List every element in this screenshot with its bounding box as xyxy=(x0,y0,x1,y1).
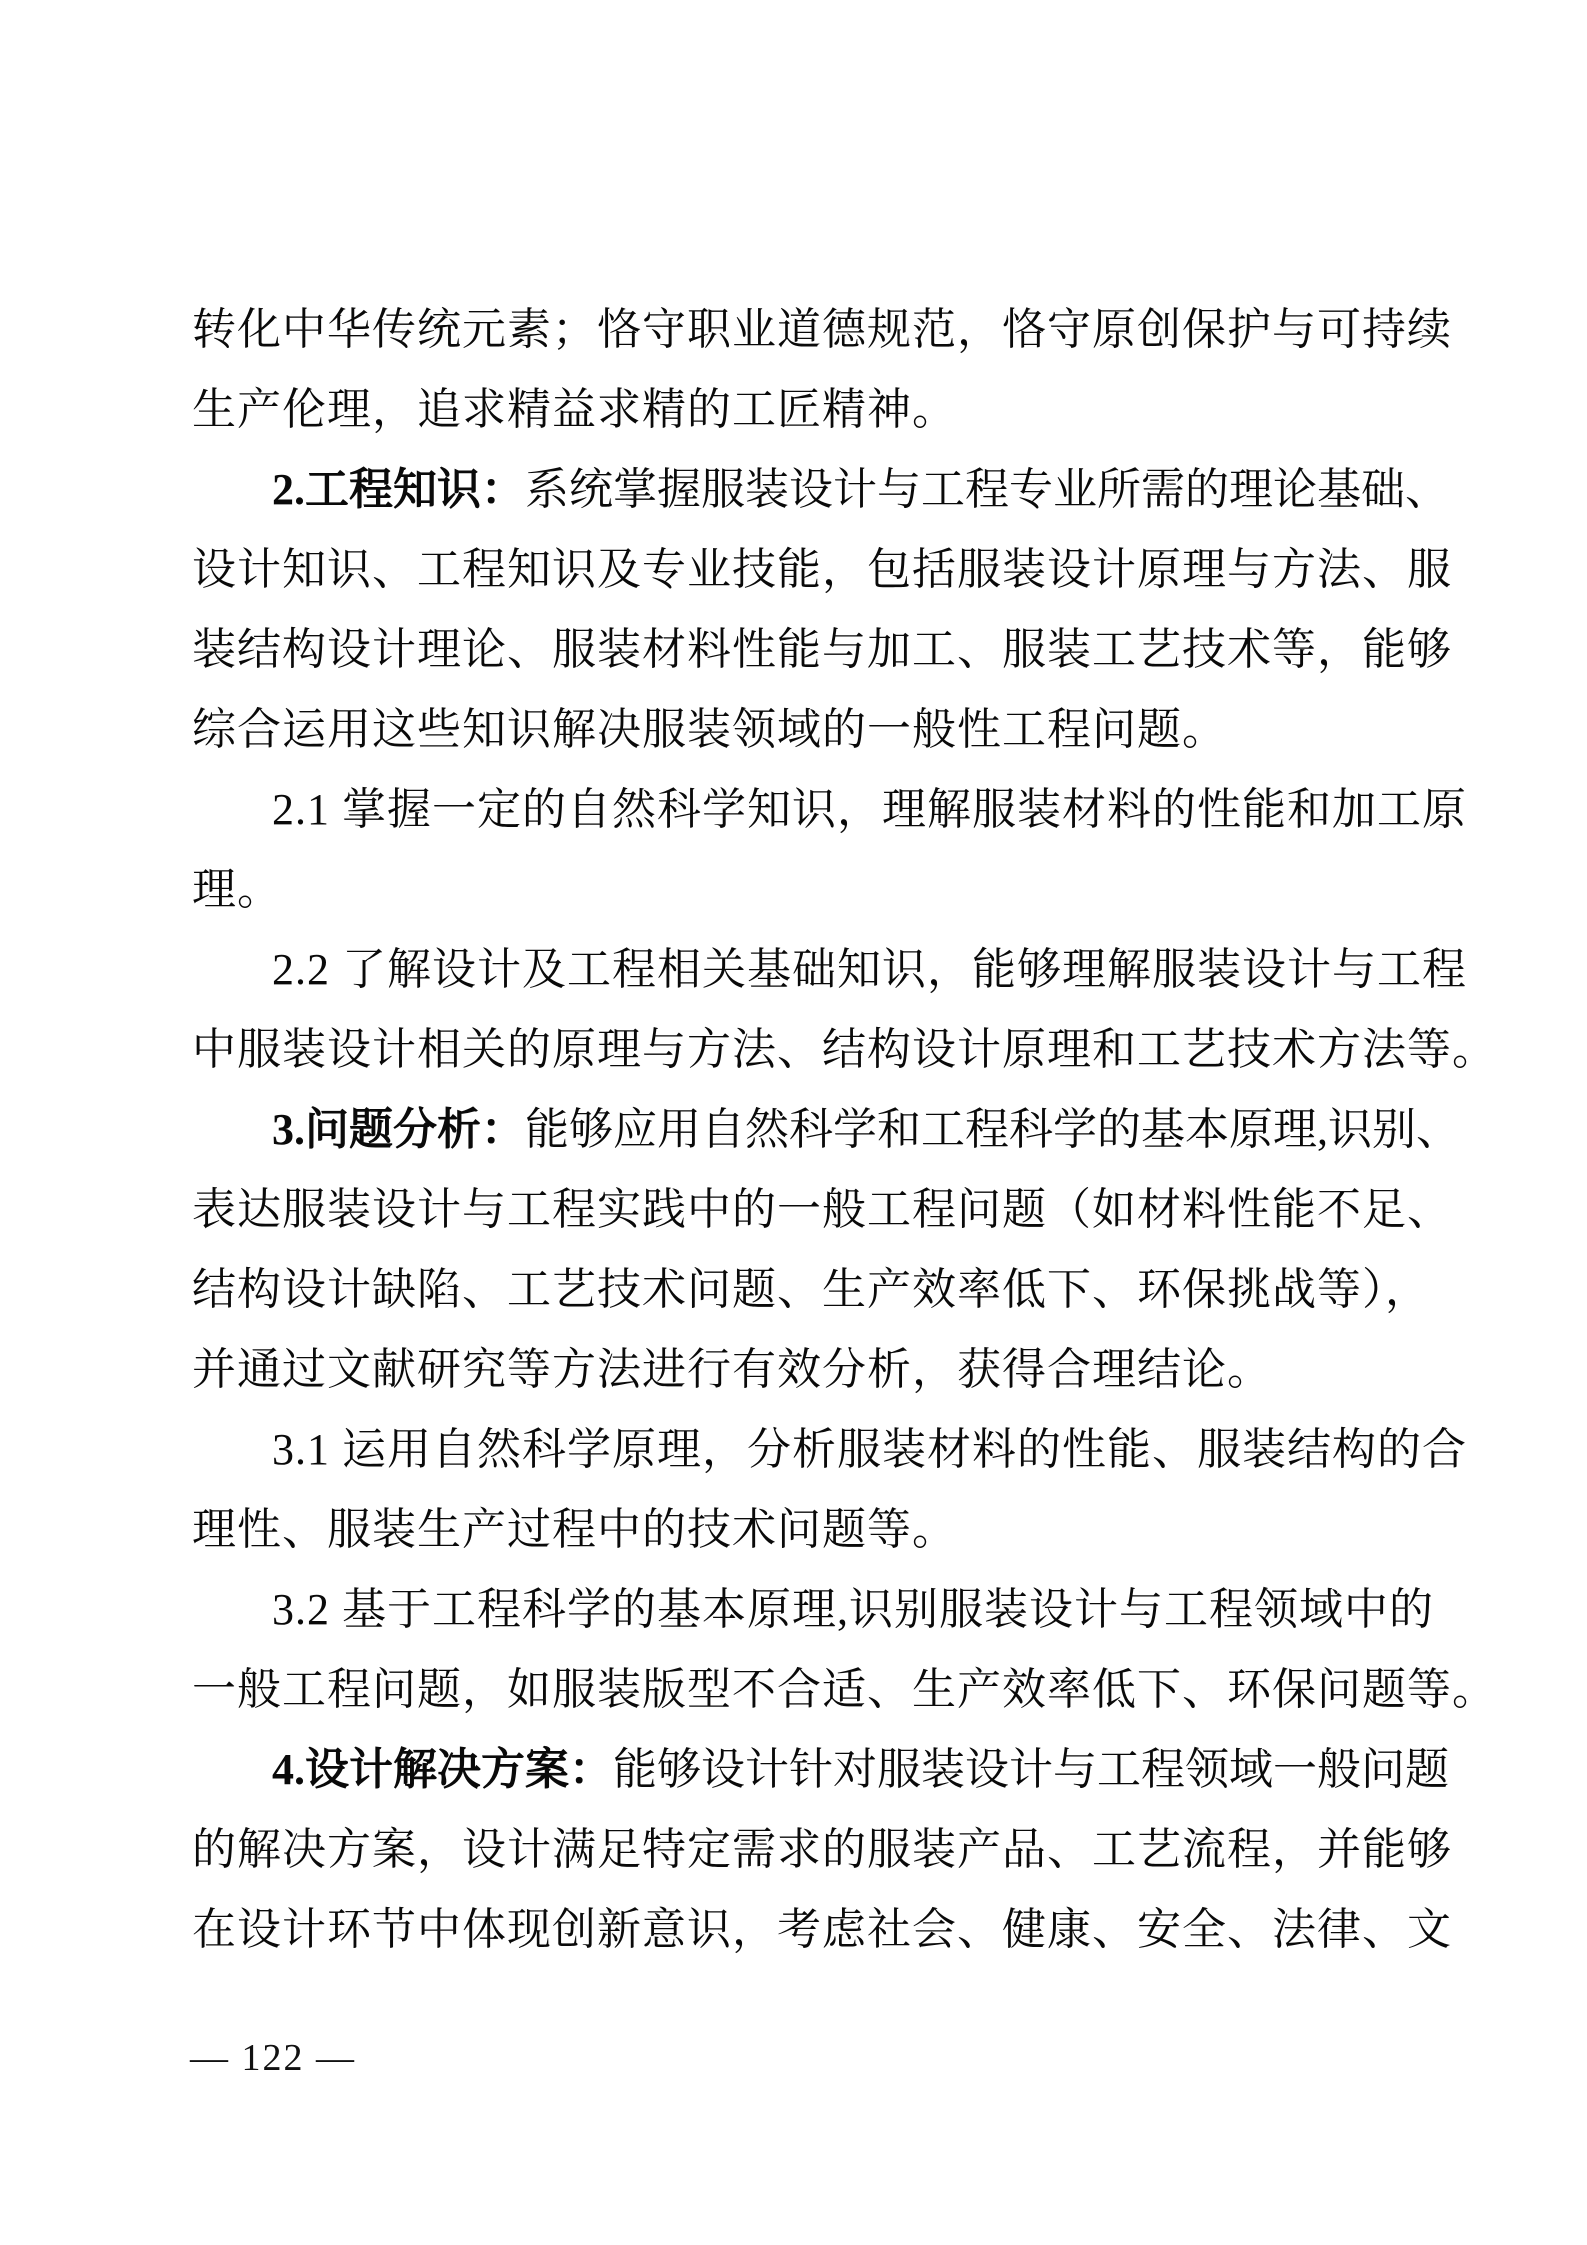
text-line: 2.2 了解设计及工程相关基础知识，能够理解服装设计与工程 xyxy=(192,930,1482,1010)
line-text: 能够设计针对服装设计与工程领域一般问题 xyxy=(613,1745,1449,1794)
line-text: 装结构设计理论、服装材料性能与加工、服装工艺技术等，能够 xyxy=(192,625,1452,674)
text-line: 理性、服装生产过程中的技术问题等。 xyxy=(192,1490,1482,1570)
line-text: 设计知识、工程知识及专业技能，包括服装设计原理与方法、服 xyxy=(192,545,1452,594)
line-text: 表达服装设计与工程实践中的一般工程问题（如材料性能不足、 xyxy=(192,1185,1452,1234)
text-line: 2.1 掌握一定的自然科学知识，理解服装材料的性能和加工原 xyxy=(192,770,1482,850)
line-text: 并通过文献研究等方法进行有效分析，获得合理结论。 xyxy=(192,1345,1272,1394)
line-text: 生产伦理，追求精益求精的工匠精神。 xyxy=(192,385,957,434)
text-line: 理。 xyxy=(192,850,1482,930)
line-text: 综合运用这些知识解决服装领域的一般性工程问题。 xyxy=(192,705,1227,754)
text-line: 的解决方案，设计满足特定需求的服装产品、工艺流程，并能够 xyxy=(192,1810,1482,1890)
text-line: 3.1 运用自然科学原理，分析服装材料的性能、服装结构的合 xyxy=(192,1410,1482,1490)
text-line: 2.工程知识：系统掌握服装设计与工程专业所需的理论基础、 xyxy=(192,450,1482,530)
line-text: 结构设计缺陷、工艺技术问题、生产效率低下、环保挑战等）， xyxy=(192,1265,1430,1314)
text-line: 转化中华传统元素；恪守职业道德规范，恪守原创保护与可持续 xyxy=(192,290,1482,370)
line-text: 2.1 掌握一定的自然科学知识，理解服装材料的性能和加工原 xyxy=(272,785,1467,834)
line-text: 系统掌握服装设计与工程专业所需的理论基础、 xyxy=(525,465,1449,514)
line-text: 的解决方案，设计满足特定需求的服装产品、工艺流程，并能够 xyxy=(192,1825,1452,1874)
text-line: 结构设计缺陷、工艺技术问题、生产效率低下、环保挑战等）， xyxy=(192,1250,1482,1330)
section-heading: 2.工程知识： xyxy=(272,465,525,514)
text-line: 并通过文献研究等方法进行有效分析，获得合理结论。 xyxy=(192,1330,1482,1410)
text-line: 设计知识、工程知识及专业技能，包括服装设计原理与方法、服 xyxy=(192,530,1482,610)
text-line: 4.设计解决方案：能够设计针对服装设计与工程领域一般问题 xyxy=(192,1730,1482,1810)
line-text: 在设计环节中体现创新意识，考虑社会、健康、安全、法律、文 xyxy=(192,1905,1452,1954)
text-line: 中服装设计相关的原理与方法、结构设计原理和工艺技术方法等。 xyxy=(192,1010,1482,1090)
line-text: 中服装设计相关的原理与方法、结构设计原理和工艺技术方法等。 xyxy=(192,1025,1497,1074)
line-text: 理。 xyxy=(192,865,282,914)
text-line: 装结构设计理论、服装材料性能与加工、服装工艺技术等，能够 xyxy=(192,610,1482,690)
line-text: 3.1 运用自然科学原理，分析服装材料的性能、服装结构的合 xyxy=(272,1425,1467,1474)
section-heading: 4.设计解决方案： xyxy=(272,1745,613,1794)
text-line: 3.2 基于工程科学的基本原理,识别服装设计与工程领域中的 xyxy=(192,1570,1482,1650)
page-number: — 122 — xyxy=(190,2036,356,2080)
text-line: 在设计环节中体现创新意识，考虑社会、健康、安全、法律、文 xyxy=(192,1890,1482,1970)
text-line: 表达服装设计与工程实践中的一般工程问题（如材料性能不足、 xyxy=(192,1170,1482,1250)
text-line: 3.问题分析：能够应用自然科学和工程科学的基本原理,识别、 xyxy=(192,1090,1482,1170)
line-text: 2.2 了解设计及工程相关基础知识，能够理解服装设计与工程 xyxy=(272,945,1467,994)
line-text: 3.2 基于工程科学的基本原理,识别服装设计与工程领域中的 xyxy=(272,1585,1434,1634)
section-heading: 3.问题分析： xyxy=(272,1105,525,1154)
line-text: 转化中华传统元素；恪守职业道德规范，恪守原创保护与可持续 xyxy=(192,305,1452,354)
line-text: 能够应用自然科学和工程科学的基本原理,识别、 xyxy=(525,1105,1460,1154)
text-line: 综合运用这些知识解决服装领域的一般性工程问题。 xyxy=(192,690,1482,770)
line-text: 一般工程问题，如服装版型不合适、生产效率低下、环保问题等。 xyxy=(192,1665,1497,1714)
line-text: 理性、服装生产过程中的技术问题等。 xyxy=(192,1505,957,1554)
text-line: 一般工程问题，如服装版型不合适、生产效率低下、环保问题等。 xyxy=(192,1650,1482,1730)
text-block: 转化中华传统元素；恪守职业道德规范，恪守原创保护与可持续 生产伦理，追求精益求精… xyxy=(192,290,1482,1970)
document-page: 转化中华传统元素；恪守职业道德规范，恪守原创保护与可持续 生产伦理，追求精益求精… xyxy=(0,0,1587,2245)
text-line: 生产伦理，追求精益求精的工匠精神。 xyxy=(192,370,1482,450)
